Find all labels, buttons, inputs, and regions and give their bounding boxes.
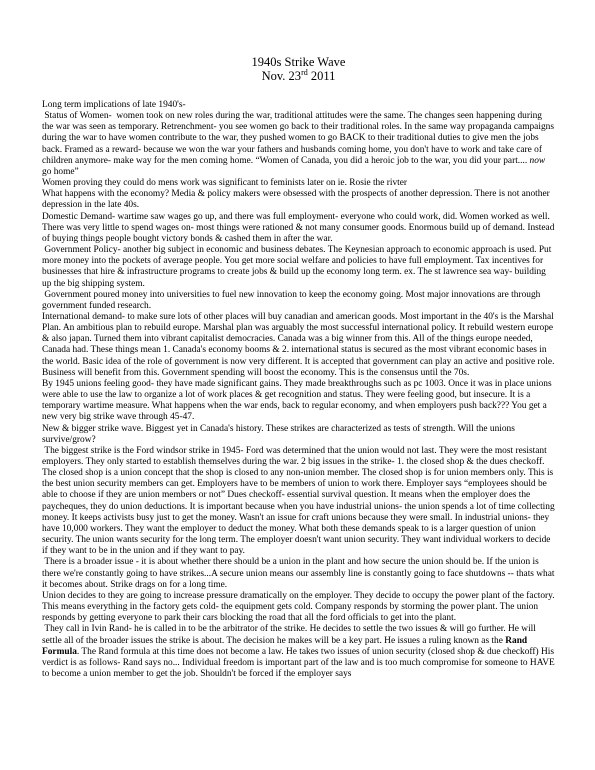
text-segment: They call in Ivin Rand- he is called in … xyxy=(42,624,538,645)
text-segment: now xyxy=(530,156,546,166)
paragraph: The biggest strike is the Ford windsor s… xyxy=(42,446,555,558)
text-segment: By 1945 unions feeling good- they have m… xyxy=(42,379,554,422)
paragraph: What happens with the economy? Media & p… xyxy=(42,189,555,211)
text-segment: International demand- to make sure lots … xyxy=(42,312,557,378)
date-ordinal: rd xyxy=(301,68,308,77)
document-date: Nov. 23rd 2011 xyxy=(42,69,555,83)
paragraph: Union decides to they are going to incre… xyxy=(42,591,555,624)
paragraph: Government Policy- another big subject i… xyxy=(42,245,555,290)
paragraph: There is a broader issue - it is about w… xyxy=(42,557,555,590)
text-segment: There is a broader issue - it is about w… xyxy=(42,557,557,589)
text-segment: Status of Women- women took on new roles… xyxy=(42,111,556,166)
document-page: 1940s Strike Wave Nov. 23rd 2011 Long te… xyxy=(0,0,595,770)
paragraph: They call in Ivin Rand- he is called in … xyxy=(42,624,555,680)
document-body: Long term implications of late 1940's- S… xyxy=(42,100,555,680)
paragraph: By 1945 unions feeling good- they have m… xyxy=(42,379,555,424)
text-segment: Government poured money into universitie… xyxy=(42,290,543,311)
paragraph: Government poured money into universitie… xyxy=(42,290,555,312)
text-segment: Government Policy- another big subject i… xyxy=(42,245,554,288)
paragraph: International demand- to make sure lots … xyxy=(42,312,555,379)
paragraph: Long term implications of late 1940's- xyxy=(42,100,555,111)
date-year: 2011 xyxy=(308,69,336,83)
text-segment: . The Rand formula at this time does not… xyxy=(42,647,557,679)
paragraph: Women proving they could do mens work wa… xyxy=(42,178,555,189)
date-day: Nov. 23 xyxy=(262,69,301,83)
paragraph: Domestic Demand- wartime saw wages go up… xyxy=(42,212,555,245)
text-segment: New & bigger strike wave. Biggest yet in… xyxy=(42,424,517,445)
document-title: 1940s Strike Wave xyxy=(42,55,555,69)
text-segment: What happens with the economy? Media & p… xyxy=(42,189,552,210)
text-segment: Women proving they could do mens work wa… xyxy=(42,178,407,188)
text-segment: Long term implications of late 1940's- xyxy=(42,100,186,110)
paragraph: New & bigger strike wave. Biggest yet in… xyxy=(42,424,555,446)
text-segment: Union decides to they are going to incre… xyxy=(42,591,557,623)
text-segment: Domestic Demand- wartime saw wages go up… xyxy=(42,212,557,244)
text-segment: The biggest strike is the Ford windsor s… xyxy=(42,446,557,556)
paragraph: Status of Women- women took on new roles… xyxy=(42,111,555,178)
